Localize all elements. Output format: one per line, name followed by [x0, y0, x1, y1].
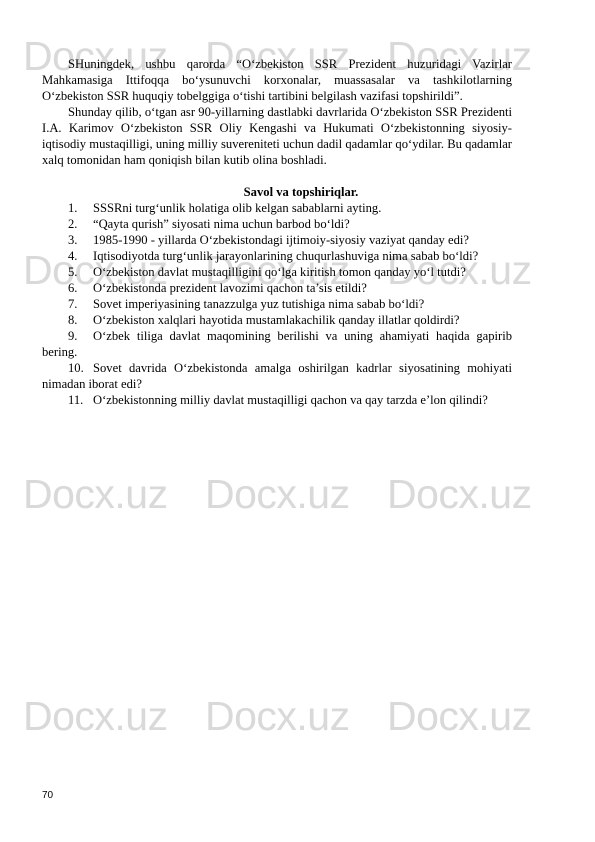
question-item: 7.Sovet imperiyasining tanazzulga yuz tu… [42, 296, 512, 312]
question-text: Iqtisodiyotda turg‘unlik jarayonlarining… [93, 249, 478, 263]
page-number: 70 [42, 790, 53, 801]
paragraph: SHuningdek, ushbu qarorda “O‘zbekiston S… [42, 56, 512, 104]
document-body: SHuningdek, ushbu qarorda “O‘zbekiston S… [42, 56, 512, 408]
question-item: 9.O‘zbek tiliga davlat maqomining berili… [42, 328, 512, 360]
question-text: “Qayta qurish” siyosati nima uchun barbo… [93, 217, 350, 231]
question-number: 6. [68, 280, 93, 296]
question-item: 1.SSSRni turg‘unlik holatiga olib kelgan… [42, 200, 512, 216]
question-text: 1985-1990 - yillarda O‘zbekistondagi ijt… [93, 233, 469, 247]
question-text: O‘zbekistonning milliy davlat mustaqilli… [93, 393, 488, 407]
paragraph: Shunday qilib, o‘tgan asr 90-yillarning … [42, 104, 512, 168]
question-text: O‘zbekistonda prezident lavozimi qachon … [93, 281, 367, 295]
question-item: 11.O‘zbekistonning milliy davlat mustaqi… [42, 392, 512, 408]
question-number: 11. [68, 392, 93, 408]
section-heading: Savol va topshiriqlar. [42, 184, 512, 200]
question-text: Sovet davrida O‘zbekistonda amalga oshir… [42, 361, 512, 391]
question-text: O‘zbekiston davlat mustaqilligini qo‘lga… [93, 265, 466, 279]
question-number: 3. [68, 232, 93, 248]
watermark-text: Docx.uz [23, 474, 168, 515]
watermark-text: Docx.uz [205, 474, 350, 515]
question-item: 5.O‘zbekiston davlat mustaqilligini qo‘l… [42, 264, 512, 280]
question-item: 10.Sovet davrida O‘zbekistonda amalga os… [42, 360, 512, 392]
question-number: 2. [68, 216, 93, 232]
watermark-text: Docx.uz [387, 696, 532, 737]
watermark-text: Docx.uz [387, 474, 532, 515]
watermark-text: Docx.uz [23, 696, 168, 737]
watermark-text: Docx.uz [205, 696, 350, 737]
question-text: Sovet imperiyasining tanazzulga yuz tuti… [93, 297, 424, 311]
question-item: 8.O‘zbekiston xalqlari hayotida mustamla… [42, 312, 512, 328]
question-item: 6.O‘zbekistonda prezident lavozimi qacho… [42, 280, 512, 296]
question-number: 8. [68, 312, 93, 328]
question-item: 2.“Qayta qurish” siyosati nima uchun bar… [42, 216, 512, 232]
question-number: 10. [68, 360, 93, 376]
questions-list: 1.SSSRni turg‘unlik holatiga olib kelgan… [42, 200, 512, 408]
question-number: 1. [68, 200, 93, 216]
question-item: 3.1985-1990 - yillarda O‘zbekistondagi i… [42, 232, 512, 248]
question-text: O‘zbekiston xalqlari hayotida mustamlaka… [93, 313, 460, 327]
question-text: SSSRni turg‘unlik holatiga olib kelgan s… [93, 201, 381, 215]
question-number: 7. [68, 296, 93, 312]
question-text: O‘zbek tiliga davlat maqomining berilish… [42, 329, 512, 359]
question-number: 4. [68, 248, 93, 264]
question-number: 5. [68, 264, 93, 280]
question-number: 9. [68, 328, 93, 344]
question-item: 4.Iqtisodiyotda turg‘unlik jarayonlarini… [42, 248, 512, 264]
